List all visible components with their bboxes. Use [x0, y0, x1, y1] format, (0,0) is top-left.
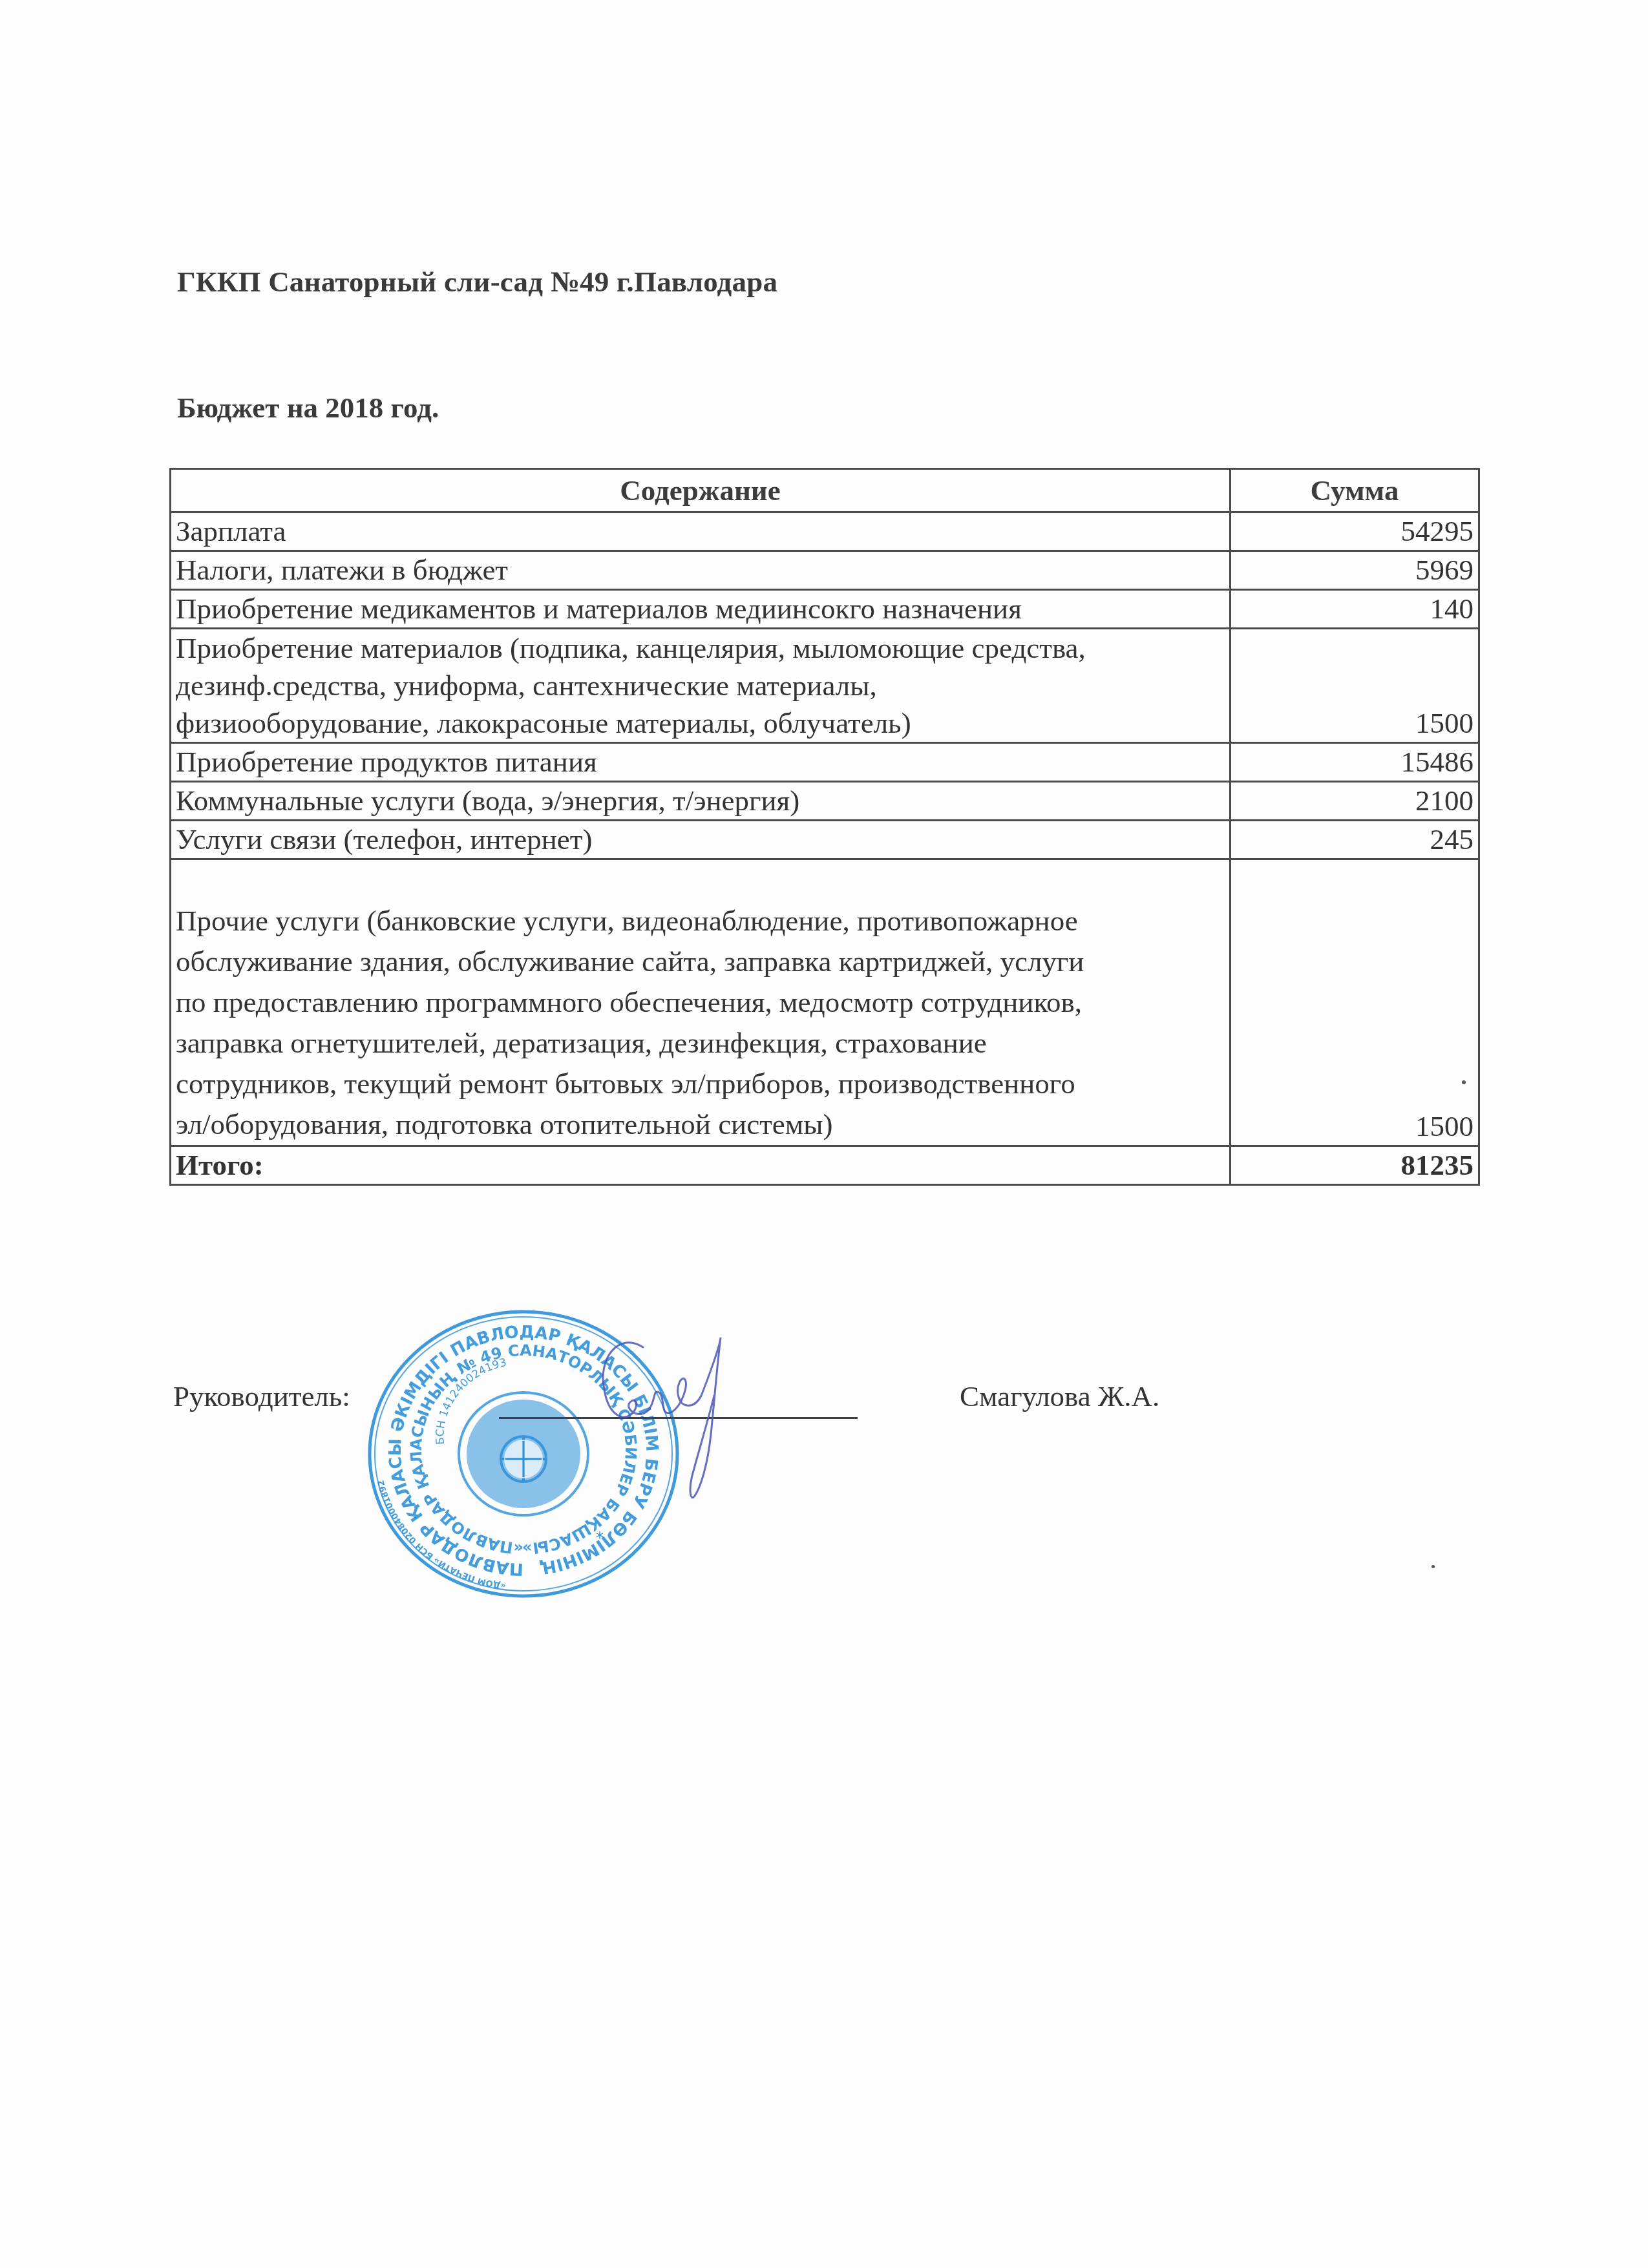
row-content-line: обслуживание здания, обслуживание сайта,… [176, 941, 1225, 982]
budget-subtitle: Бюджет на 2018 год. [177, 391, 439, 425]
svg-text:*: * [596, 1529, 604, 1547]
row-amount: 5969 [1231, 551, 1479, 590]
row-amount: 140 [1231, 590, 1479, 629]
total-label: Итого: [171, 1146, 1231, 1185]
budget-table: Содержание Сумма Зарплата 54295 Налоги, … [169, 468, 1480, 1186]
row-content-line: заправка огнетушителей, дератизация, дез… [176, 1023, 1225, 1064]
organization-title: ГККП Санаторный сли-сад №49 г.Павлодара [177, 265, 777, 299]
scan-speck [1431, 1565, 1435, 1568]
table-row: Зарплата 54295 [171, 512, 1479, 551]
total-amount: 81235 [1231, 1146, 1479, 1185]
table-header-row: Содержание Сумма [171, 469, 1479, 512]
table-row: Приобретение продуктов питания 15486 [171, 743, 1479, 782]
row-content-line: Прочие услуги (банковские услуги, видеон… [176, 901, 1225, 941]
handwritten-signature-icon [569, 1325, 782, 1506]
header-amount: Сумма [1231, 469, 1479, 512]
row-content-line: Приобретение материалов (подпика, канцел… [176, 629, 1225, 667]
table-row: Коммунальные услуги (вода, э/энергия, т/… [171, 782, 1479, 821]
row-content: Приобретение материалов (подпика, канцел… [171, 629, 1231, 743]
table-row: Прочие услуги (банковские услуги, видеон… [171, 859, 1479, 1146]
header-content: Содержание [171, 469, 1231, 512]
signatory-role: Руководитель: [173, 1380, 350, 1413]
row-content: Услуги связи (телефон, интернет) [171, 821, 1231, 859]
row-content: Налоги, платежи в бюджет [171, 551, 1231, 590]
row-amount: 15486 [1231, 743, 1479, 782]
row-content: Приобретение продуктов питания [171, 743, 1231, 782]
table-row: Приобретение медикаментов и материалов м… [171, 590, 1479, 629]
row-content-line: физиооборудование, лакокрасоные материал… [176, 704, 1225, 742]
row-content: Прочие услуги (банковские услуги, видеон… [171, 859, 1231, 1146]
signatory-name: Смагулова Ж.А. [960, 1380, 1159, 1413]
row-amount: 245 [1231, 821, 1479, 859]
row-amount: 54295 [1231, 512, 1479, 551]
table-row: Налоги, платежи в бюджет 5969 [171, 551, 1479, 590]
row-content-line: эл/оборудования, подготовка отопительной… [176, 1104, 1225, 1145]
row-content: Коммунальные услуги (вода, э/энергия, т/… [171, 782, 1231, 821]
row-content-line: по предоставлению программного обеспечен… [176, 982, 1225, 1023]
row-amount: 2100 [1231, 782, 1479, 821]
row-content: Зарплата [171, 512, 1231, 551]
table-row: Приобретение материалов (подпика, канцел… [171, 629, 1479, 743]
row-amount: 1500 [1231, 629, 1479, 743]
table-row: Услуги связи (телефон, интернет) 245 [171, 821, 1479, 859]
row-amount: 1500 [1231, 859, 1479, 1146]
row-content-line: дезинф.средства, униформа, сантехнически… [176, 667, 1225, 704]
scan-speck [1462, 1080, 1466, 1084]
total-row: Итого: 81235 [171, 1146, 1479, 1185]
row-content-line: сотрудников, текущий ремонт бытовых эл/п… [176, 1064, 1225, 1104]
row-content: Приобретение медикаментов и материалов м… [171, 590, 1231, 629]
